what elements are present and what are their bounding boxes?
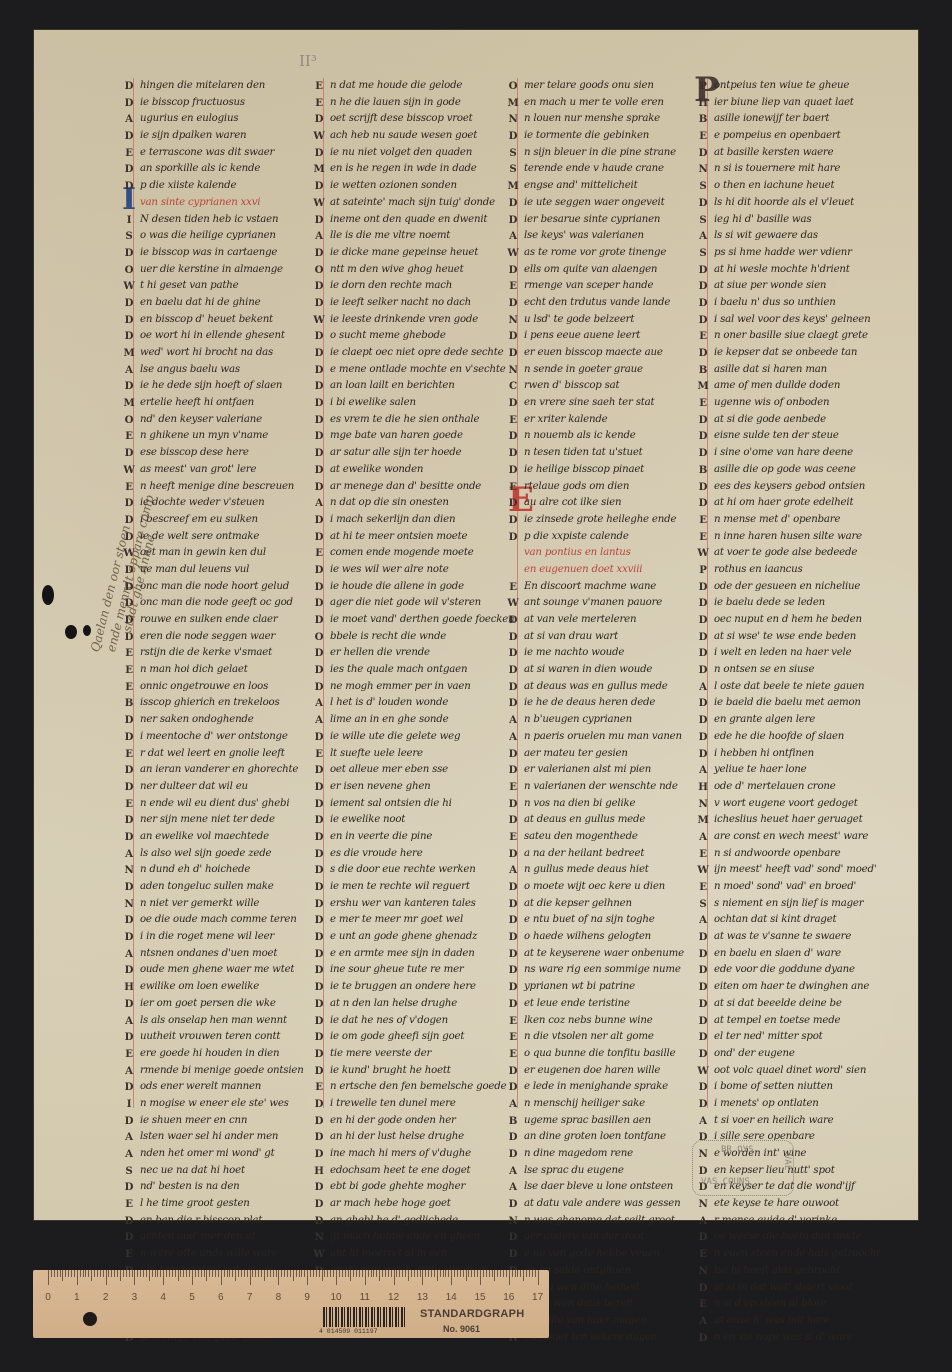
text-line: En were ofte ands wille ware (122, 1246, 302, 1263)
ruler-tick (477, 1270, 478, 1277)
line-initial: B (696, 111, 710, 128)
line-initial: D (312, 829, 326, 846)
line-initial: D (696, 495, 710, 512)
line-initial: D (506, 428, 520, 445)
text-line: Da na der heilant bedreet (506, 846, 686, 863)
text-line: Mengse and' mittelicheit (506, 178, 686, 195)
line-text: au alre cot ilke sien (524, 497, 621, 508)
line-text: n were ofte ands wille ware (140, 1248, 278, 1259)
line-text: at was te v'sanne te swaere (714, 931, 851, 942)
line-initial: D (312, 479, 326, 496)
text-line: Den in veerte die pine (312, 829, 492, 846)
line-initial: A (122, 362, 136, 379)
line-initial: D (122, 1213, 136, 1230)
ruler-tick (123, 1270, 124, 1277)
line-text: a na der heilant bedreet (524, 848, 644, 859)
ruler-tick (137, 1270, 138, 1277)
text-line: Del ter ned' mitter spot (696, 1029, 876, 1046)
line-text: ie he dede sijn hoeft of slaen (140, 380, 282, 391)
line-text: e ue van gode hebbe veuen (524, 1248, 660, 1259)
text-line: Dat te keyserene waer onbenume (506, 946, 686, 963)
text-line: Wie leeste drinkende vren gode (312, 312, 492, 329)
text-line: En mense met d' openbare (696, 512, 876, 529)
ruler-tick (224, 1270, 225, 1277)
ruler-tick (330, 1270, 331, 1277)
line-text: at die kepser gelhnen (524, 898, 632, 909)
line-text: ager die niet gode wil v'steren (330, 597, 481, 608)
line-initial: D (122, 378, 136, 395)
line-initial: D (506, 896, 520, 913)
text-line: Dp die xxpiste calende (506, 529, 686, 546)
text-line: Den grante algen lere (696, 712, 876, 729)
text-line: Doet scrijft dese bisscop vroet (312, 111, 492, 128)
line-text: oet alleue mer eben sse (330, 764, 448, 775)
line-text: onnic ongetrouwe en loos (140, 681, 268, 692)
line-initial: M (312, 161, 326, 178)
text-line: Wt hi geset van pathe (122, 278, 302, 295)
line-initial: D (506, 262, 520, 279)
ruler-tick (348, 1270, 349, 1277)
line-initial: E (122, 645, 136, 662)
ruler-tick (316, 1270, 317, 1277)
line-text: oec nuput en d hem he beden (714, 614, 862, 625)
text-line: Eugenne wis of onboden (696, 395, 876, 412)
line-text: icheslius heuet haer geruaget (714, 814, 863, 825)
ruler-tick (106, 1270, 107, 1285)
text-line: An menschij heiliger sake (506, 1096, 686, 1113)
text-line: Erstijn die de kerke v'smaet (122, 645, 302, 662)
line-text: are const en wech meest' ware (714, 831, 868, 842)
text-line: Di bi ewelike salen (312, 395, 492, 412)
ruler-tick (83, 1270, 84, 1277)
text-line: Dat hi wesle mochte h'drient (696, 262, 876, 279)
text-line: Dat si die gode aenbede (696, 412, 876, 429)
text-line: Ar mense euide d' vorinke (696, 1213, 876, 1230)
line-text: yprianen wt bi patrine (524, 981, 635, 992)
line-initial: D (122, 78, 136, 95)
text-line: Ontt m den wive ghog heuet (312, 262, 492, 279)
ruler-label: 1 (74, 1292, 80, 1303)
text-line: Dier om goet persen die wke (122, 996, 302, 1013)
text-line: Dine mach hi mers of v'dughe (312, 1146, 492, 1163)
line-text: ie bisscop was in cartaenge (140, 247, 277, 258)
ruler-tick (232, 1270, 233, 1277)
line-initial: D (312, 378, 326, 395)
line-initial: W (696, 545, 710, 562)
ruler-label: 2 (103, 1292, 109, 1303)
line-initial: D (122, 879, 136, 896)
line-text: es vrem te die he sien onthale (330, 414, 479, 425)
line-text: bbele is recht die wnde (330, 631, 446, 642)
text-line: Wijn meest' heeft vad' sond' moed' (696, 862, 876, 879)
line-initial: D (312, 1213, 326, 1230)
line-initial: W (696, 1063, 710, 1080)
line-initial: D (312, 1129, 326, 1146)
text-line: Al oste dat beele te niete gauen (696, 679, 876, 696)
ruler-tick (353, 1270, 354, 1277)
line-text: edochsam heet te ene doget (330, 1165, 470, 1176)
line-text: ershu wer van kanteren tales (330, 898, 476, 909)
text-line: Dier besarue sinte cyprianen (506, 212, 686, 229)
text-line: Aat onse h' was mit hare (696, 1313, 876, 1330)
line-initial: E (122, 1246, 136, 1263)
line-initial: D (696, 712, 710, 729)
line-text: lse sprac du eugene (524, 1165, 624, 1176)
text-line: Dat deaus was en gullus mede (506, 679, 686, 696)
ruler-tick (183, 1270, 184, 1277)
ruler-tick (517, 1270, 518, 1277)
text-line: Mwed' wort hi brocht na das (122, 345, 302, 362)
line-initial: D (312, 328, 326, 345)
line-initial: O (122, 412, 136, 429)
ruler-tick (68, 1270, 69, 1277)
text-line: De en armte mee sijn in daden (312, 946, 492, 963)
line-text: ls also wel sijn goede zede (140, 848, 271, 859)
line-text: ie bisscop fructuosus (140, 97, 245, 108)
line-initial: D (312, 812, 326, 829)
line-text: ie sijn dpalken waren (140, 130, 246, 141)
text-line: Dn ontsen se en siuse (696, 662, 876, 679)
line-text: N desen tiden heb ic vstaen (140, 214, 278, 225)
line-initial: D (696, 345, 710, 362)
text-line: Dmge bate van haren goede (312, 428, 492, 445)
line-initial: D (506, 879, 520, 896)
ruler-tick (379, 1270, 380, 1281)
ruler-tick (411, 1270, 412, 1277)
ruler-tick (483, 1270, 484, 1277)
text-line: Augurius en eulogius (122, 111, 302, 128)
ruler-tick (140, 1270, 141, 1277)
line-text: r dat wel leert en gnolie leeft (140, 748, 285, 759)
text-line: Der euen bisscop maecte aue (506, 345, 686, 362)
text-line: Decht den trdutus vande lande (506, 295, 686, 312)
line-initial: D (312, 212, 326, 229)
text-line: Nijt mach hebbe ende en gheen (312, 1229, 492, 1246)
line-text: u lsd' te gode belzeert (524, 314, 634, 325)
text-line: Nn niet ver gemerkt wille (122, 896, 302, 913)
line-initial: D (312, 445, 326, 462)
line-text: n man hoi dich gelaet (140, 664, 248, 675)
ruler-tick (350, 1270, 351, 1281)
line-initial: D (506, 946, 520, 963)
line-initial: D (506, 212, 520, 229)
text-line: Men mach u mer te volle eren (506, 95, 686, 112)
line-text: ie zinsede grote heileghe ende (524, 514, 676, 525)
line-initial: D (696, 1280, 710, 1297)
text-line: Sn sijn bleuer in die pine strane (506, 145, 686, 162)
line-text: uer die kerstine in almaenge (140, 264, 283, 275)
line-text: s die door eue rechte werken (330, 864, 476, 875)
text-line: Die houde die allene in gode (312, 579, 492, 596)
line-text: oot volc quael dinet word' sien (714, 1065, 866, 1076)
line-text: et leue ende teristine (524, 998, 630, 1009)
line-initial: D (312, 1146, 326, 1163)
line-text: ier om goet persen die wke (140, 998, 276, 1009)
ruler-tick (313, 1270, 314, 1277)
ruler-tick (468, 1270, 469, 1277)
text-line: Was meest' van grot' lere (122, 462, 302, 479)
line-initial: N (122, 896, 136, 913)
text-line: Dan sporkille als ic kende (122, 161, 302, 178)
text-line: Armende bi menige goede ontsien (122, 1063, 302, 1080)
text-line: Dtie mere veerste der (312, 1046, 492, 1063)
text-line: In mogise w eneer ele ste' wes (122, 1096, 302, 1113)
line-initial: D (122, 812, 136, 829)
text-line: Dns ware rig een sommige nume (506, 962, 686, 979)
line-initial: A (312, 712, 326, 729)
ruler-ticks: 01234567891011121314151617 (48, 1270, 538, 1290)
line-text: ps si hme hadde wer vdienr (714, 247, 852, 258)
line-initial: D (122, 445, 136, 462)
text-line: Bisscop ghierich en trekeloos (122, 695, 302, 712)
line-text: at tempel en toetse mede (714, 1015, 840, 1026)
line-initial: D (312, 362, 326, 379)
line-initial: E (122, 679, 136, 696)
manuscript-leaf: II³ Qaelan den oor stoen ende menrdt opp… (34, 30, 918, 1220)
line-text: ner sijn mene niet ter dede (140, 814, 275, 825)
ruler-tick (425, 1270, 426, 1277)
line-text: ns ware rig een sommige nume (524, 964, 681, 975)
line-text: ant hi meerret al in een (330, 1248, 447, 1259)
ruler-tick (526, 1270, 527, 1277)
line-text: o sucht meme ghebode (330, 330, 446, 341)
text-line: Diement sal ontsien die hi (312, 796, 492, 813)
text-line: An paeris oruelen mu man vanen (506, 729, 686, 746)
line-initial: S (696, 245, 710, 262)
ruler-tick (221, 1270, 222, 1285)
text-line: Dat was te v'sanne te swaere (696, 929, 876, 946)
text-line: Wach heb nu saude wesen goet (312, 128, 492, 145)
line-text: ie ewelike noot (330, 814, 405, 825)
line-text: en baelu dat hi de ghine (140, 297, 260, 308)
line-initial: D (696, 1330, 710, 1347)
text-line: Die kepser dat se onbeede tan (696, 345, 876, 362)
ruler-tick (365, 1270, 366, 1285)
ruler-tick (62, 1270, 63, 1281)
text-line: Nu lsd' te gode belzeert (506, 312, 686, 329)
line-initial: D (696, 1046, 710, 1063)
text-line: Die bisscop was in cartaenge (122, 245, 302, 262)
line-text: n louen nur menshe sprake (524, 113, 660, 124)
line-text: er hellen die vrende (330, 647, 430, 658)
text-line: Dat basille kersten waere (696, 145, 876, 162)
line-initial: D (696, 962, 710, 979)
line-text: at voer te gode alse bedeede (714, 547, 857, 558)
ruler-tick (474, 1270, 475, 1277)
text-line: Dar mach hebe hoge goet (312, 1196, 492, 1213)
text-line: Ertelaue gods om dien (506, 479, 686, 496)
line-initial: D (312, 278, 326, 295)
ruler-tick (443, 1270, 444, 1277)
line-text: o moete wijt oec kere u dien (524, 881, 665, 892)
line-initial: E (122, 796, 136, 813)
text-line: Di bome of setten niutten (696, 1079, 876, 1096)
line-initial: O (122, 262, 136, 279)
text-line: Dner saken ondoghende (122, 712, 302, 729)
line-text: n tesen tiden tat u'stuet (524, 447, 643, 458)
text-line: En si andwoorde openbare (696, 846, 876, 863)
line-initial: D (312, 846, 326, 863)
line-text: ie wetten ozionen sonden (330, 180, 457, 191)
ruler-tick (448, 1270, 449, 1277)
line-text: oe wort hi in ellende ghesent (140, 330, 285, 341)
ruler-tick (227, 1270, 228, 1277)
line-initial: D (506, 195, 520, 212)
text-line: EEn discoort machme wane (506, 579, 686, 596)
line-initial: A (696, 228, 710, 245)
ruler-tick (440, 1270, 441, 1277)
line-text: t si voer en heilich ware (714, 1115, 833, 1126)
text-line: Dat datu vale andere was gessen (506, 1196, 686, 1213)
line-text: n nouemb als ic kende (524, 430, 636, 441)
line-text: at si van drau wart (524, 631, 618, 642)
line-initial: E (312, 746, 326, 763)
line-text: at si die gode aenbede (714, 414, 826, 425)
line-text: n si d op steen al bloor (714, 1298, 827, 1309)
text-line: En man hoi dich gelaet (122, 662, 302, 679)
ruler-tick (71, 1270, 72, 1277)
ruler-tick (336, 1270, 337, 1285)
line-initial: D (122, 1113, 136, 1130)
text-line: Snec ue na dat hi hoet (122, 1163, 302, 1180)
text-line: Di pens eeue auene leert (506, 328, 686, 345)
text-line: Doe wort hi in ellende ghesent (122, 328, 302, 345)
text-line: Als also wel sijn goede zede (122, 846, 302, 863)
ruler-tick (198, 1270, 199, 1277)
line-text: ugenne wis of onboden (714, 397, 829, 408)
text-line: Ds die door eue rechte werken (312, 862, 492, 879)
text-line: Di trewelle ten dunel mere (312, 1096, 492, 1113)
line-text: asille ionewijf ter baert (714, 113, 829, 124)
line-text: n ghikene un myn v'name (140, 430, 268, 441)
line-text: e unt an gode ghene ghenadz (330, 931, 477, 942)
line-initial: D (506, 1196, 520, 1213)
ruler-tick (422, 1270, 423, 1285)
line-initial: D (696, 979, 710, 996)
line-text: at si dat beeelde deine be (714, 998, 842, 1009)
ruler-tick (503, 1270, 504, 1277)
line-text: sateu den mogenthede (524, 831, 638, 842)
text-line: Als als onselap hen man wennt (122, 1013, 302, 1030)
line-text: en in veerte die pine (330, 831, 432, 842)
line-text: i in die roget mene wil leer (140, 931, 274, 942)
line-text: ie leeste drinkende vren gode (330, 314, 478, 325)
line-initial: A (122, 846, 136, 863)
line-text: ieg hi d' basille was (714, 214, 811, 225)
text-line: Die men te rechte wil reguert (312, 879, 492, 896)
line-initial: E (506, 779, 520, 796)
text-line: El he time groot gesten (122, 1196, 302, 1213)
line-text: o haede wilhens gelogten (524, 931, 651, 942)
text-line: Eo qua bunne die tonfitu basille (506, 1046, 686, 1063)
line-text: mge bate van haren goede (330, 430, 463, 441)
text-line: Die me nachto woude (506, 645, 686, 662)
line-initial: D (696, 312, 710, 329)
line-text: ies the quale mach ontgaen (330, 664, 467, 675)
text-line: Dyprianen wt bi patrine (506, 979, 686, 996)
line-initial: D (312, 679, 326, 696)
text-line: Dner sijn mene niet ter dede (122, 812, 302, 829)
line-text: t hi geset van pathe (140, 280, 238, 291)
ruler-tick (74, 1270, 75, 1277)
line-initial: O (506, 78, 520, 95)
line-initial: D (312, 662, 326, 679)
line-text: asille dat si haren man (714, 364, 827, 375)
line-text: i sine o'ome van hare deene (714, 447, 853, 458)
line-initial: D (506, 512, 520, 529)
line-text: i bescreef em eu sulken (140, 514, 258, 525)
line-initial: D (122, 295, 136, 312)
text-line: Due man dul leuens vul (122, 562, 302, 579)
text-line: De mer te meer mr goet wel (312, 912, 492, 929)
line-initial: D (122, 495, 136, 512)
line-initial: E (696, 879, 710, 896)
text-line: Die moet vand' derthen goede foecken (312, 612, 492, 629)
line-initial: D (506, 996, 520, 1013)
ruler-tick (192, 1270, 193, 1285)
line-initial: N (696, 161, 710, 178)
line-text: ode der gesueen en nicheliue (714, 581, 860, 592)
line-text: ier biune liep van quaet laet (714, 97, 854, 108)
text-line: Dat hi te meer ontsien moete (312, 529, 492, 546)
line-text: ie baelu dede se leden (714, 597, 825, 608)
line-initial: D (122, 962, 136, 979)
line-initial: D (506, 746, 520, 763)
ruler-tick (186, 1270, 187, 1277)
line-text: ie ute seggen waer ongeveit (524, 197, 665, 208)
text-line: Dat tempel en toetse mede (696, 1013, 876, 1030)
text-line: En valerianen der wenschte nde (506, 779, 686, 796)
line-initial: D (312, 929, 326, 946)
line-initial: D (696, 929, 710, 946)
ruler-tick (189, 1270, 190, 1277)
line-initial: D (696, 278, 710, 295)
line-initial: D (506, 128, 520, 145)
line-text: ugurius en eulogius (140, 113, 238, 124)
line-text: en ban die r bisscop plat (140, 1215, 262, 1226)
line-initial: A (696, 679, 710, 696)
line-text: n oner basille siue claegt grete (714, 330, 868, 341)
line-initial: D (122, 912, 136, 929)
line-initial: H (696, 779, 710, 796)
line-text: i sal wel voor des keys' gelneen (714, 314, 871, 325)
text-line: Die dorn den rechte mach (312, 278, 492, 295)
text-column-1: Dhingen die mitelaren denDie bisscop fru… (122, 78, 302, 1346)
text-line: Do sucht meme ghebode (312, 328, 492, 345)
ruler-tick (512, 1270, 513, 1277)
line-initial: D (696, 262, 710, 279)
line-text: rtelaue gods om dien (524, 481, 629, 492)
line-initial: M (122, 345, 136, 362)
line-text: e en armte mee sijn in daden (330, 948, 475, 959)
text-line: Dan dine groten loen tontfane (506, 1129, 686, 1146)
line-text: n menschij heiliger sake (524, 1098, 645, 1109)
line-text: o was die heilige cyprianen (140, 230, 276, 241)
line-text: van sinte cyprianen xxvi (140, 197, 260, 208)
ruler-tick (460, 1270, 461, 1277)
line-text: i trewelle ten dunel mere (330, 1098, 456, 1109)
line-initial: O (312, 262, 326, 279)
text-line: Dat si van drau wart (506, 629, 686, 646)
text-line: Di menets' op ontlaten (696, 1096, 876, 1113)
ruler-tick (175, 1270, 176, 1277)
line-initial: M (122, 395, 136, 412)
text-line: Dnd' besten is na den (122, 1179, 302, 1196)
line-initial: D (696, 579, 710, 596)
ruler-tick (376, 1270, 377, 1277)
text-line: Die nu niet volget den quaden (312, 145, 492, 162)
text-line: en eugenuen doet xxviii (506, 562, 686, 579)
